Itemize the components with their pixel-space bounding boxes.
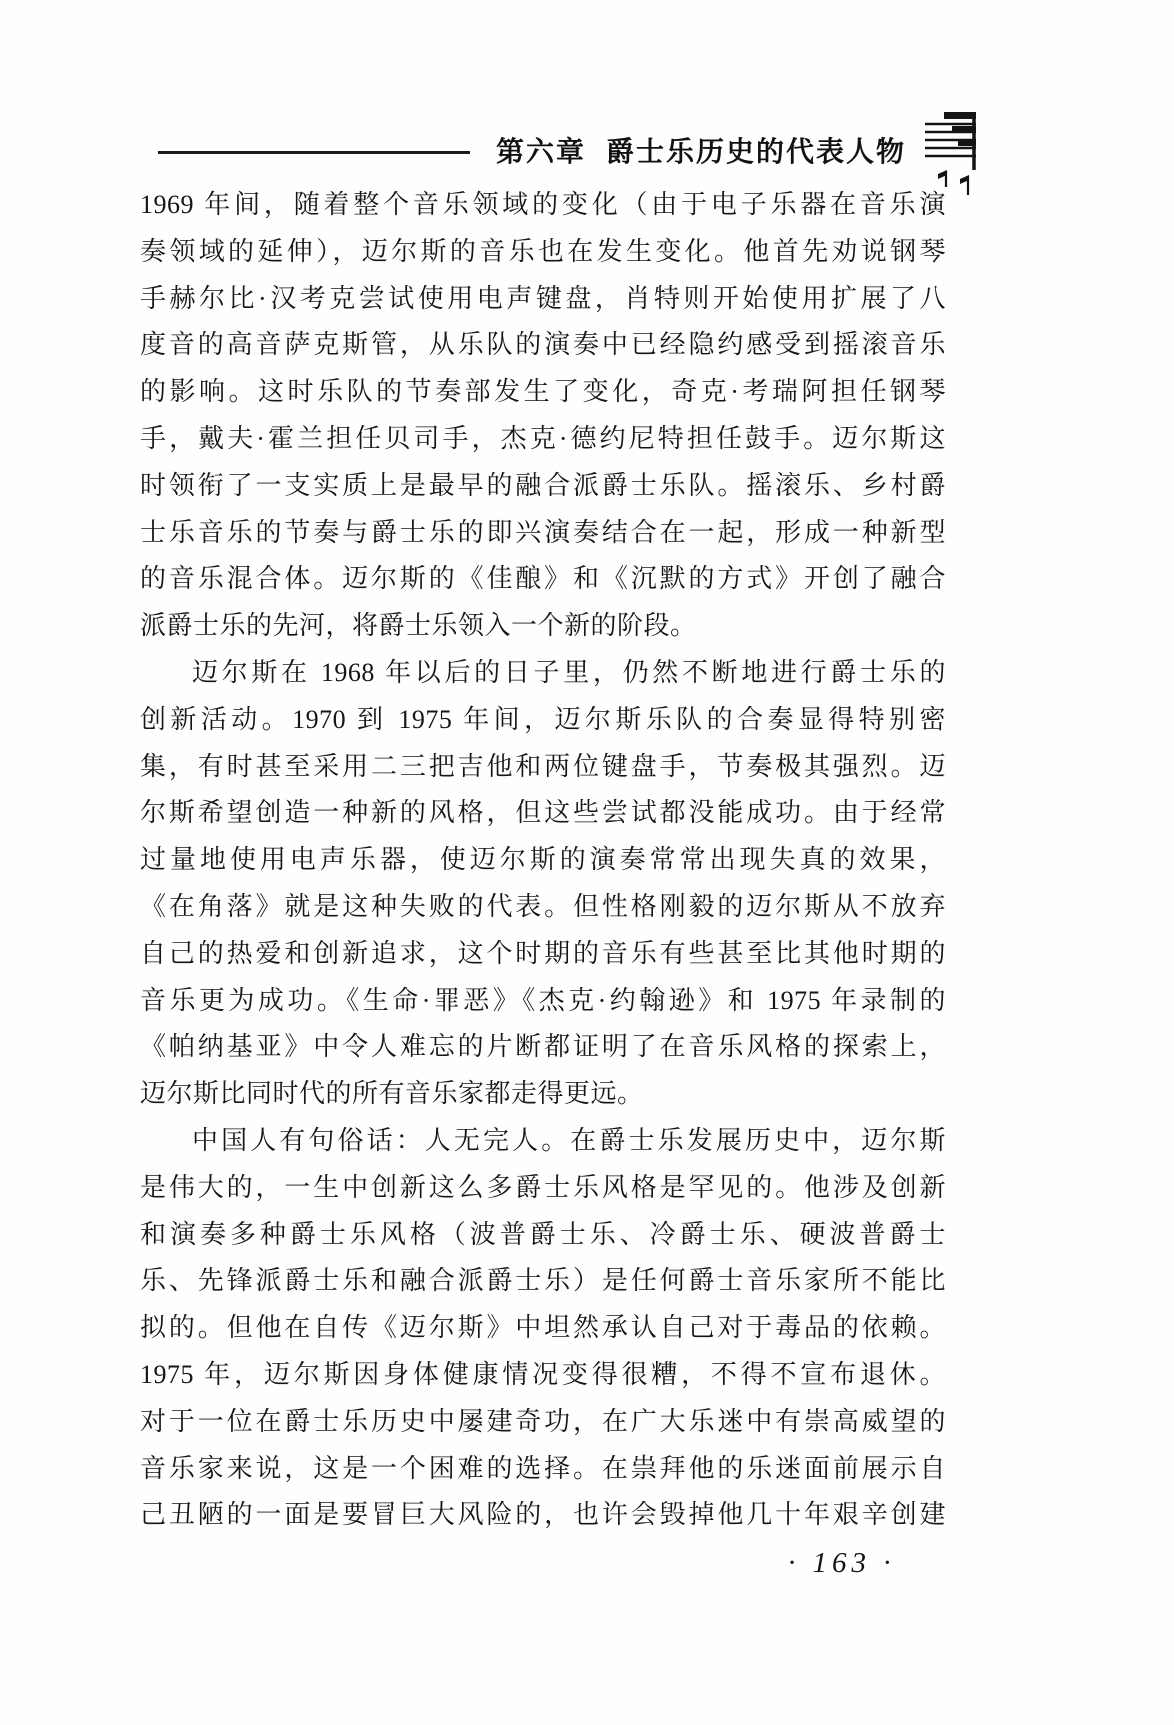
text-line: 手赫尔比·汉考克尝试使用电声键盘，肖特则开始使用扩展了八: [140, 276, 946, 323]
text-line: 对于一位在爵士乐历史中屡建奇功，在广大乐迷中有崇高威望的: [140, 1399, 946, 1446]
chapter-number: 第六章: [496, 130, 586, 170]
text-line: 1975 年，迈尔斯因身体健康情况变得很糟，不得不宣布退休。: [140, 1352, 946, 1399]
text-line: 创新活动。1970 到 1975 年间，迈尔斯乐队的合奏显得特别密: [140, 697, 946, 744]
text-line: 手，戴夫·霍兰担任贝司手，杰克·德约尼特担任鼓手。迈尔斯这: [140, 416, 946, 463]
text-line: 集，有时甚至采用二三把吉他和两位键盘手，节奏极其强烈。迈: [140, 744, 946, 791]
book-page: 第六章 爵士乐历史的代表人物: [0, 0, 1174, 1725]
text-line: 尔斯希望创造一种新的风格，但这些尝试都没能成功。由于经常: [140, 790, 946, 837]
text-line: 音乐家来说，这是一个困难的选择。在祟拜他的乐迷面前展示自: [140, 1446, 946, 1493]
text-line: 中国人有句俗话：人无完人。在爵士乐发展历史中，迈尔斯: [140, 1118, 946, 1165]
text-line: 自己的热爱和创新追求，这个时期的音乐有些甚至比其他时期的: [140, 931, 946, 978]
text-line: 是伟大的，一生中创新这么多爵士乐风格是罕见的。他涉及创新: [140, 1165, 946, 1212]
text-line: 士乐音乐的节奏与爵士乐的即兴演奏结合在一起，形成一种新型: [140, 510, 946, 557]
text-line: 的影响。这时乐队的节奏部发生了变化，奇克·考瑞阿担任钢琴: [140, 369, 946, 416]
text-line: 迈尔斯在 1968 年以后的日子里，仍然不断地进行爵士乐的: [140, 650, 946, 697]
paragraph-1: 1969 年间，随着整个音乐领域的变化（由于电子乐器在音乐演 奏领域的延伸），迈…: [140, 182, 946, 650]
page-number: · 163 ·: [788, 1547, 896, 1580]
text-line: 和演奏多种爵士乐风格（波普爵士乐、冷爵士乐、硬波普爵士: [140, 1212, 946, 1259]
text-line: 派爵士乐的先河，将爵士乐领入一个新的阶段。: [140, 603, 946, 650]
text-line: 奏领域的延伸），迈尔斯的音乐也在发生变化。他首先劝说钢琴: [140, 229, 946, 276]
text-line: 时领衔了一支实质上是最早的融合派爵士乐队。摇滚乐、乡村爵: [140, 463, 946, 510]
text-line: 拟的。但他在自传《迈尔斯》中坦然承认自己对于毒品的依赖。: [140, 1305, 946, 1352]
text-line: 《帕纳基亚》中令人难忘的片断都证明了在音乐风格的探索上，: [140, 1024, 946, 1071]
text-line: 度音的高音萨克斯管，从乐队的演奏中已经隐约感受到摇滚音乐: [140, 322, 946, 369]
text-line: 音乐更为成功。《生命·罪恶》《杰克·约翰逊》和 1975 年录制的: [140, 978, 946, 1025]
text-line: 乐、先锋派爵士乐和融合派爵士乐）是任何爵士音乐家所不能比: [140, 1258, 946, 1305]
text-line: 过量地使用电声乐器，使迈尔斯的演奏常常出现失真的效果，: [140, 837, 946, 884]
chapter-title: 爵士乐历史的代表人物: [606, 130, 906, 170]
text-line: 1969 年间，随着整个音乐领域的变化（由于电子乐器在音乐演: [140, 182, 946, 229]
text-line: 迈尔斯比同时代的所有音乐家都走得更远。: [140, 1071, 946, 1118]
paragraph-3: 中国人有句俗话：人无完人。在爵士乐发展历史中，迈尔斯 是伟大的，一生中创新这么多…: [140, 1118, 946, 1539]
text-line: 己丑陋的一面是要冒巨大风险的，也许会毁掉他几十年艰辛创建: [140, 1492, 946, 1539]
header-rule: [158, 151, 470, 154]
page-body: 1969 年间，随着整个音乐领域的变化（由于电子乐器在音乐演 奏领域的延伸），迈…: [140, 182, 946, 1539]
text-line: 《在角落》就是这种失败的代表。但性格刚毅的迈尔斯从不放弃: [140, 884, 946, 931]
paragraph-2: 迈尔斯在 1968 年以后的日子里，仍然不断地进行爵士乐的 创新活动。1970 …: [140, 650, 946, 1118]
text-line: 的音乐混合体。迈尔斯的《佳酿》和《沉默的方式》开创了融合: [140, 556, 946, 603]
